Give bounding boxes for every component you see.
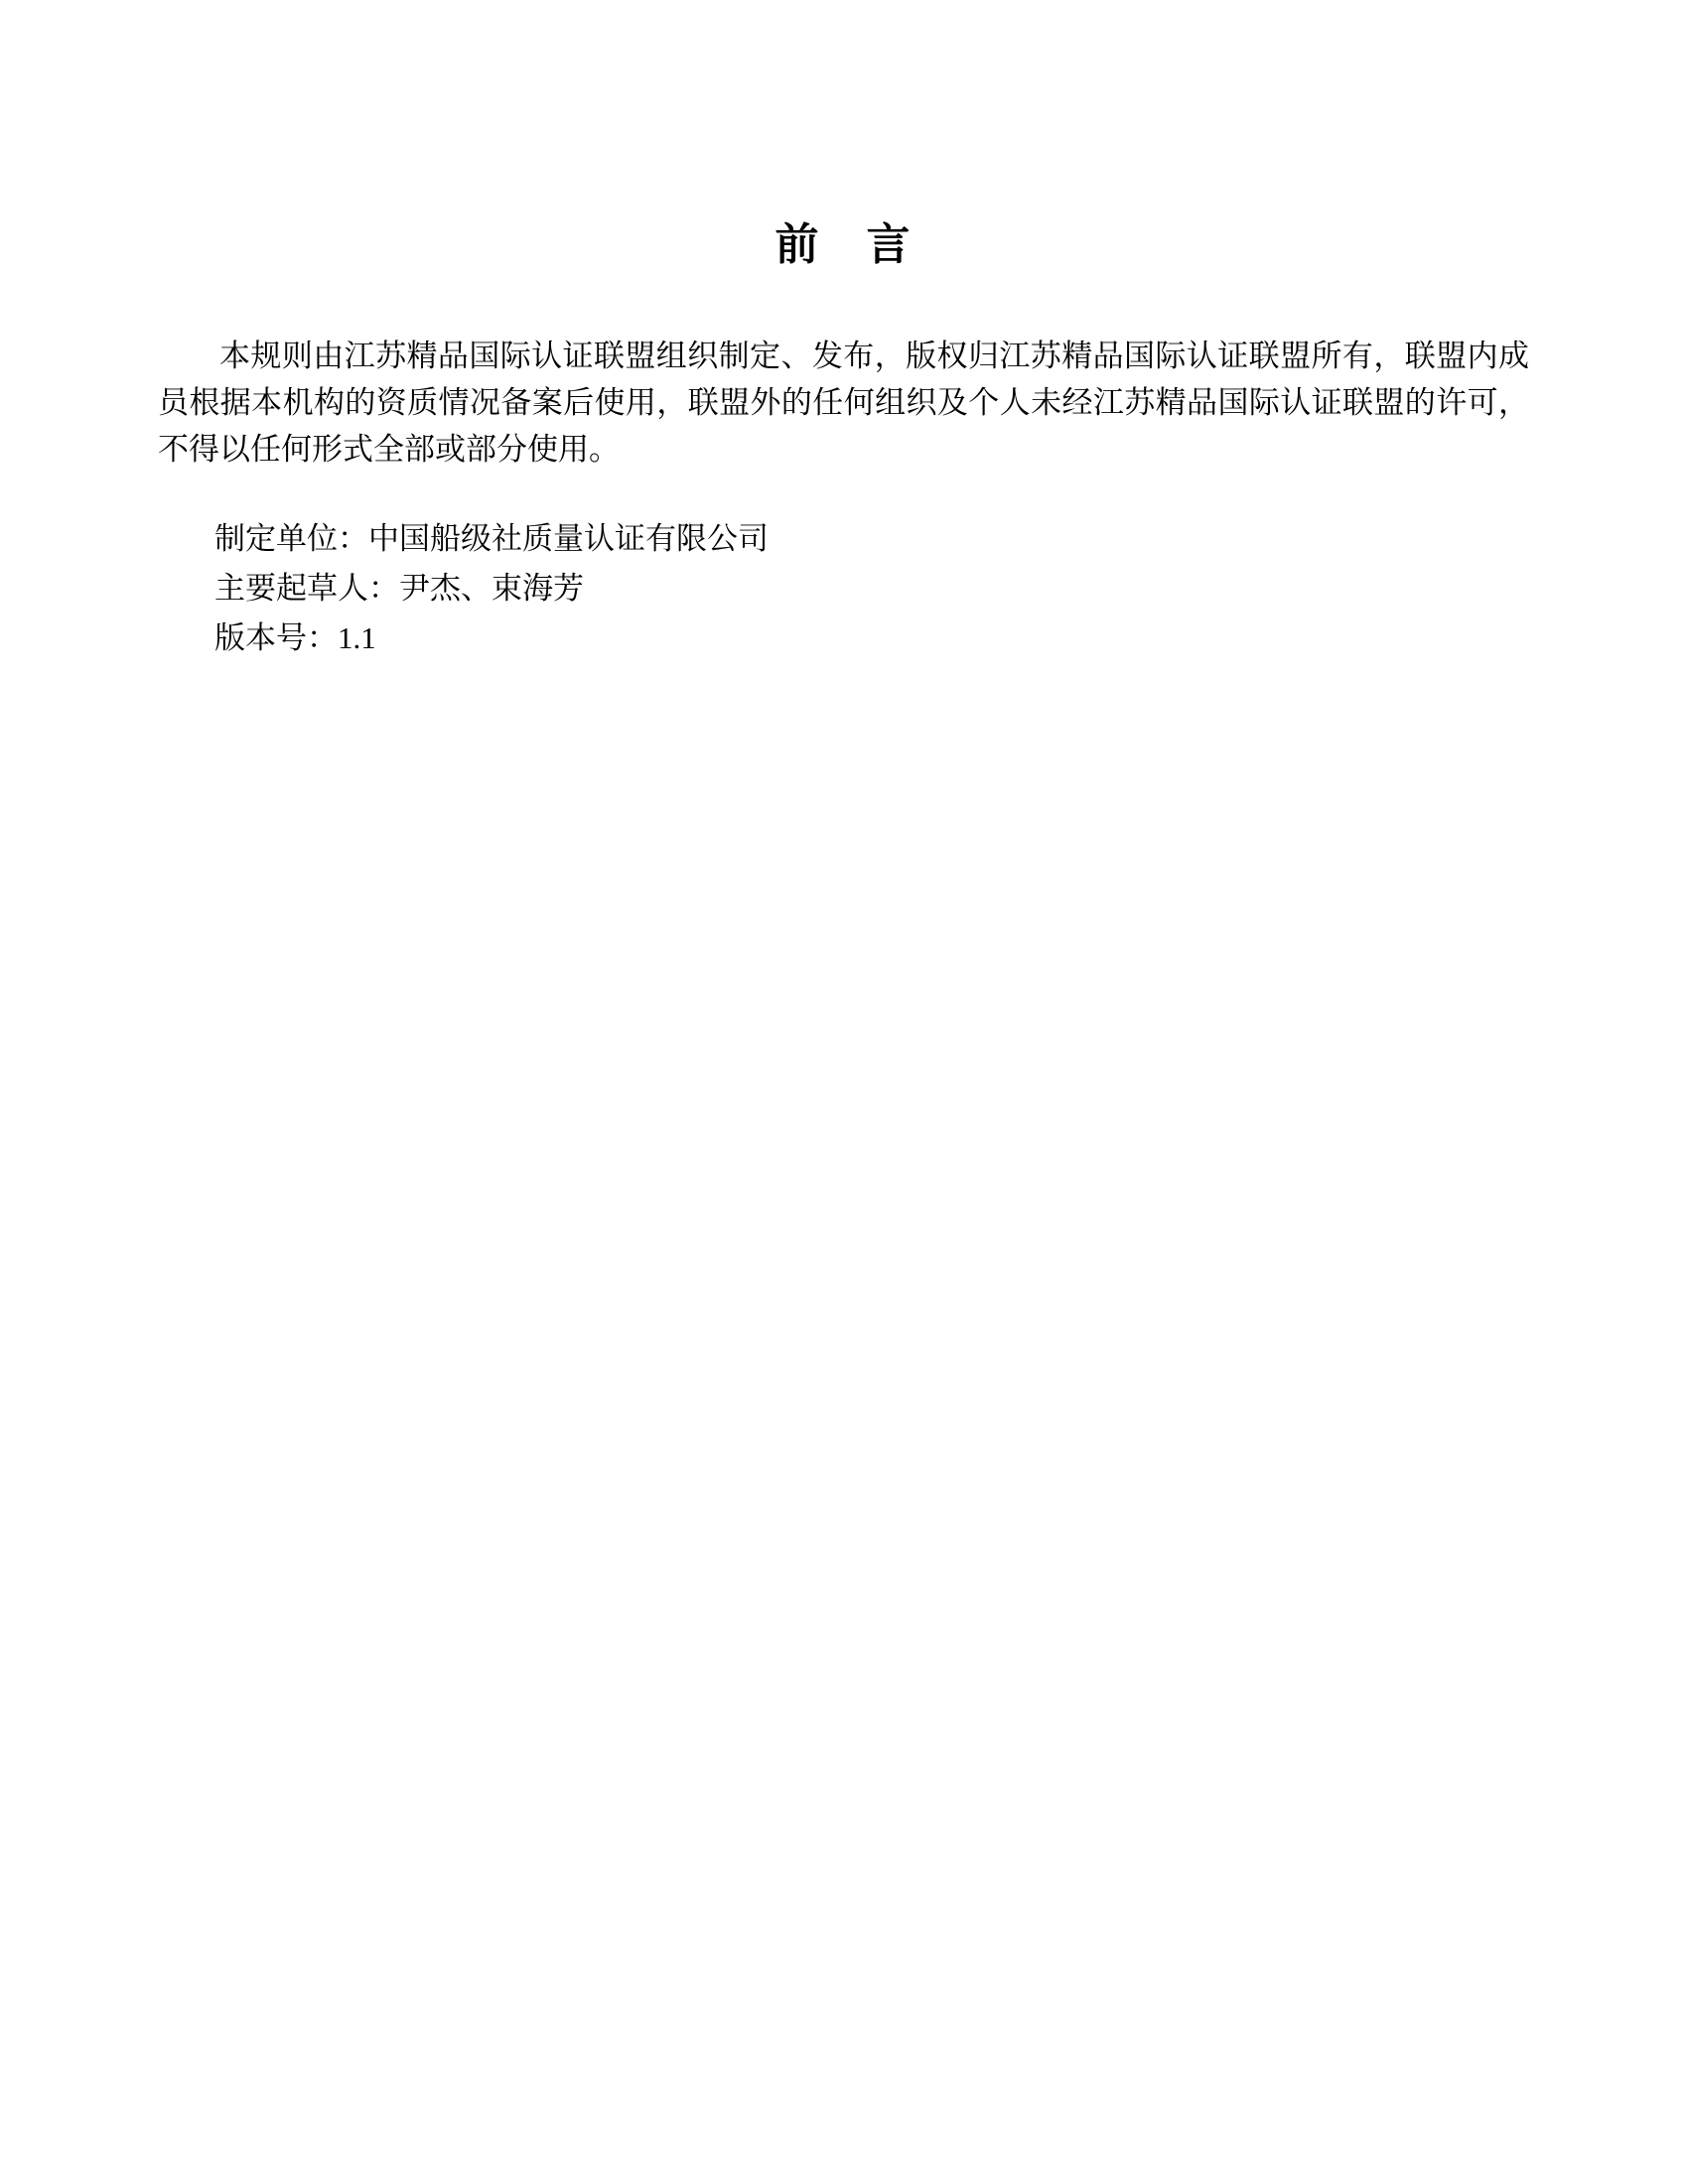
page-title: 前 言 (158, 223, 1529, 267)
info-line-drafters: 主要起草人：尹杰、束海芳 (214, 564, 1529, 614)
preface-paragraph: 本规则由江苏精品国际认证联盟组织制定、发布，版权归江苏精品国际认证联盟所有，联盟… (158, 333, 1529, 473)
info-block: 制定单位：中国船级社质量认证有限公司 主要起草人：尹杰、束海芳 版本号：1.1 (214, 514, 1529, 663)
document-page: 前 言 本规则由江苏精品国际认证联盟组织制定、发布，版权归江苏精品国际认证联盟所… (0, 0, 1688, 2184)
page-content: 前 言 本规则由江苏精品国际认证联盟组织制定、发布，版权归江苏精品国际认证联盟所… (158, 0, 1529, 663)
info-line-version: 版本号：1.1 (214, 614, 1529, 663)
info-line-issuing-unit: 制定单位：中国船级社质量认证有限公司 (214, 514, 1529, 564)
